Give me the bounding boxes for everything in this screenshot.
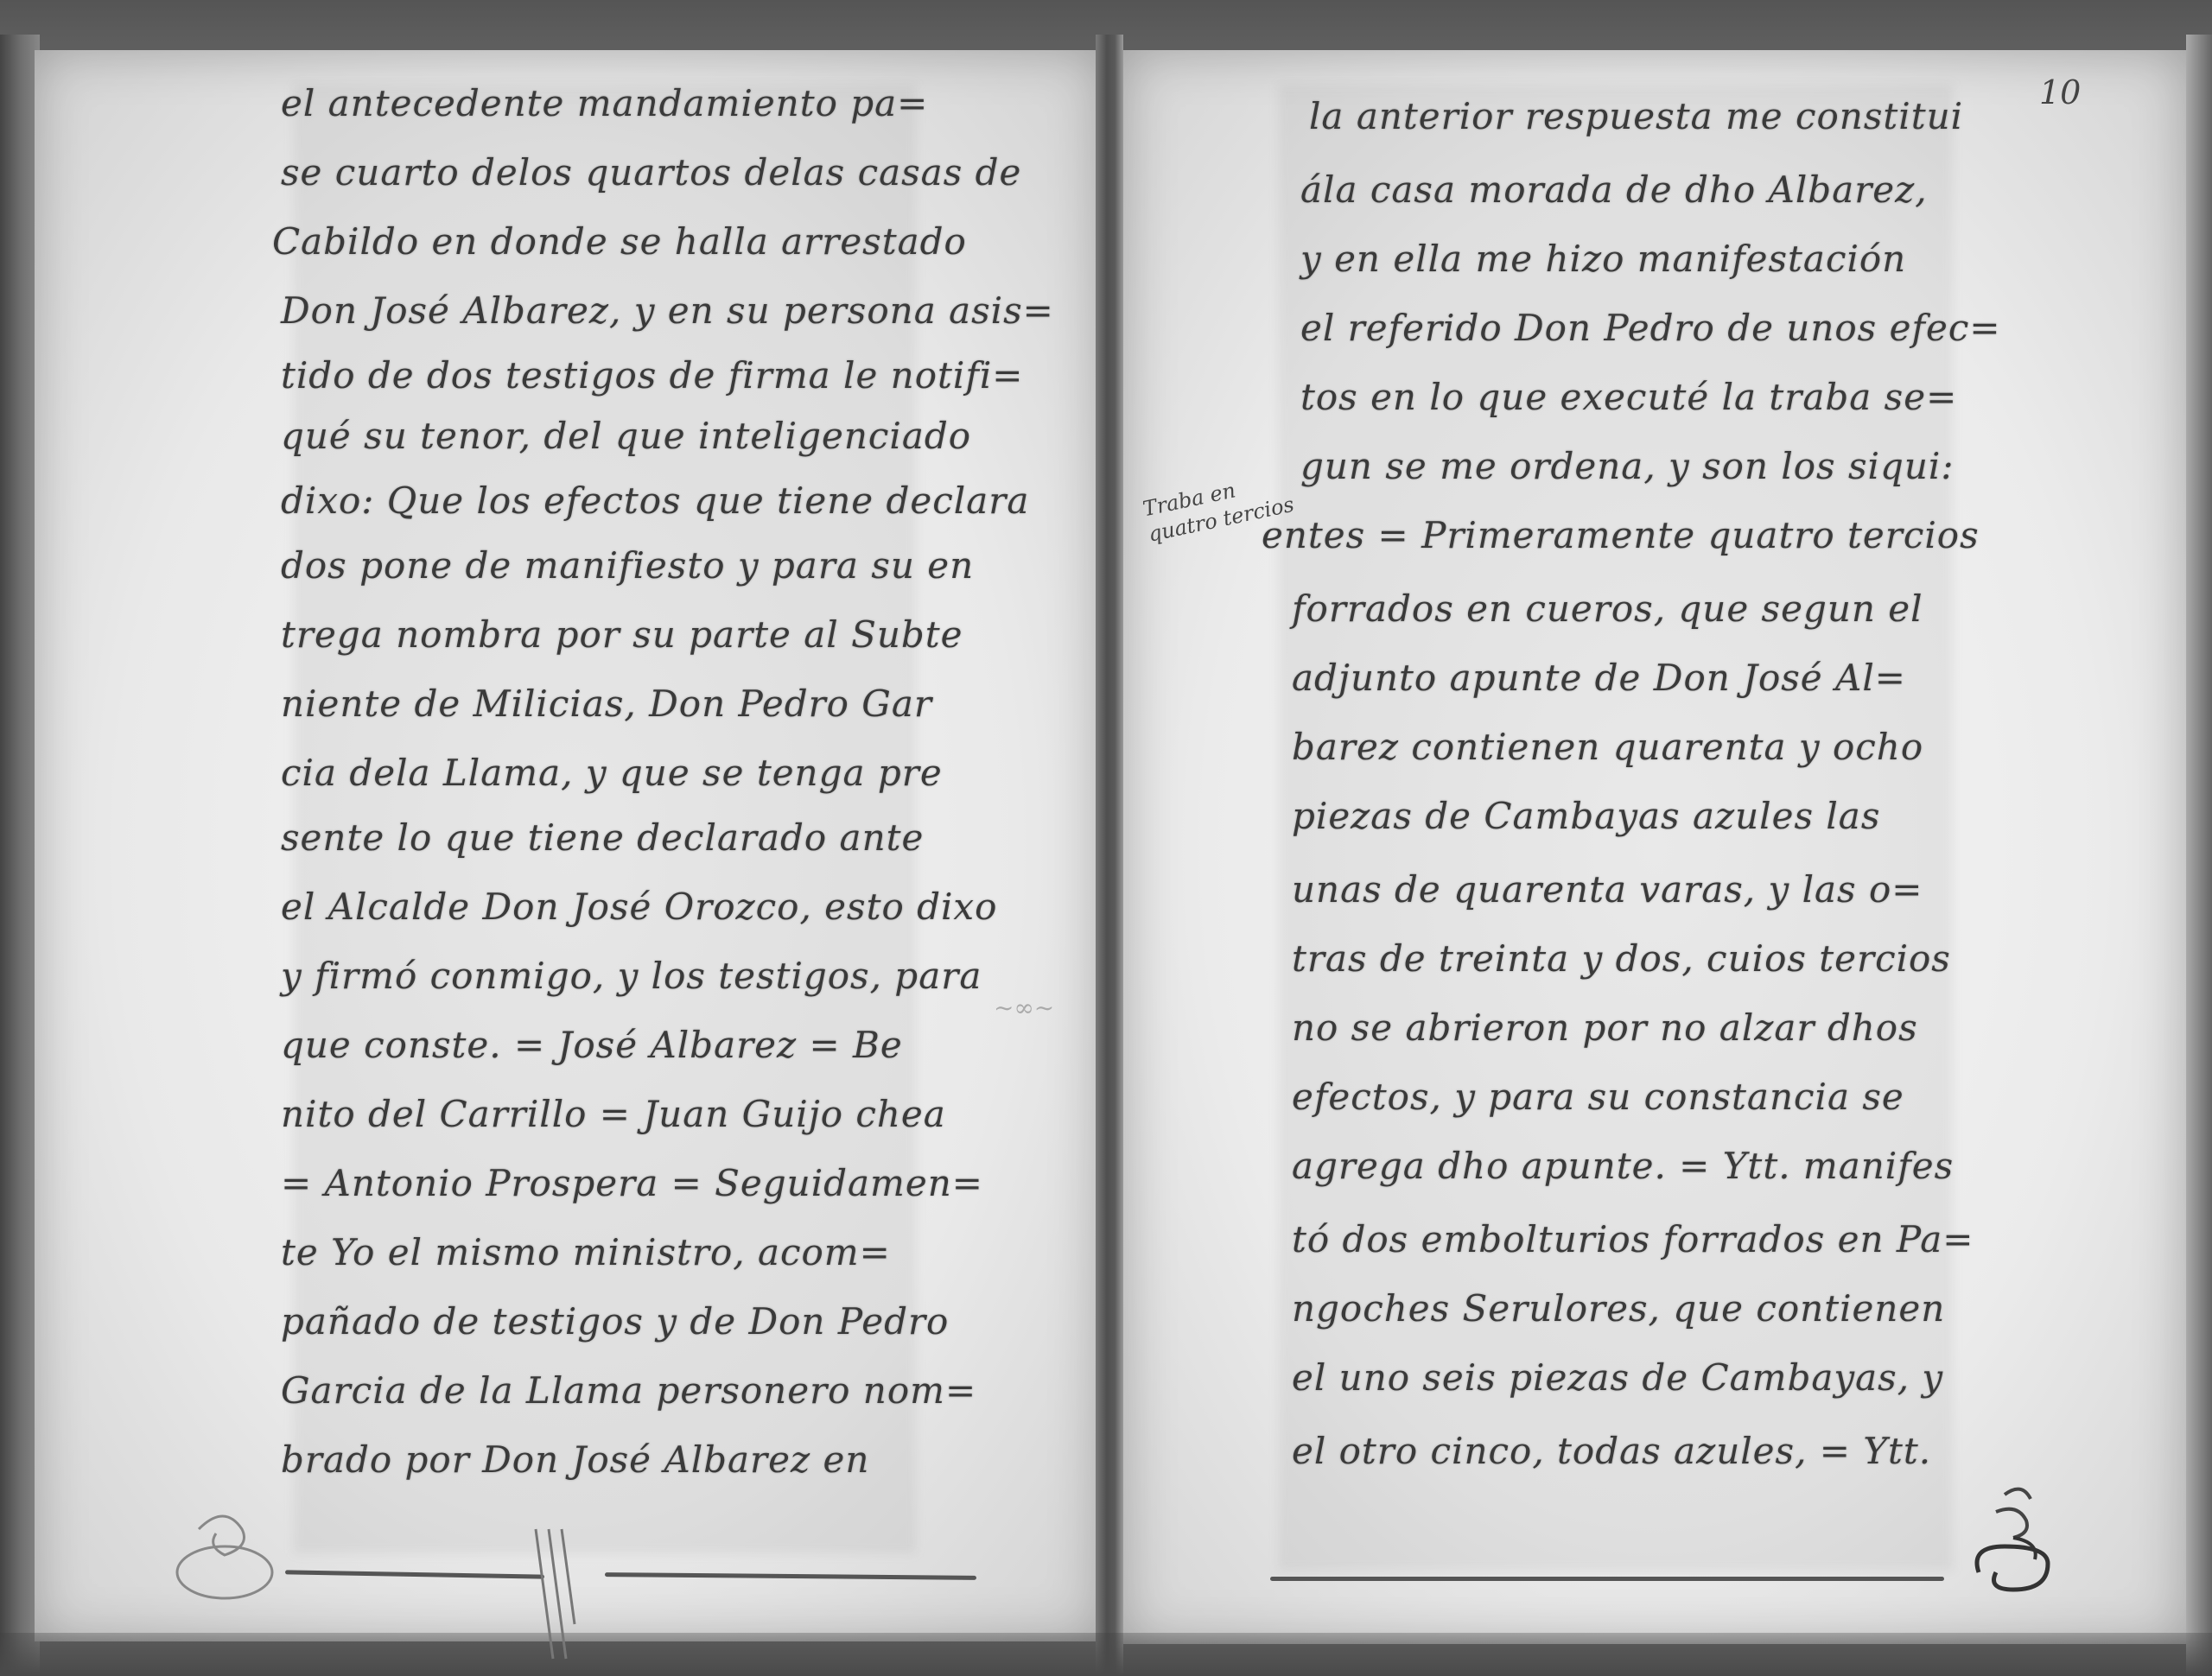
manuscript-line: dixo: Que los efectos que tiene declara <box>281 479 1029 522</box>
manuscript-line: la anterior respuesta me constitui <box>1309 95 1963 137</box>
page-gutter <box>1096 35 1123 1676</box>
manuscript-line: que conste. = José Albarez = Be <box>281 1024 903 1066</box>
manuscript-line: agrega dho apunte. = Ytt. manifes <box>1292 1145 1954 1187</box>
manuscript-line: el uno seis piezas de Cambayas, y <box>1292 1356 1943 1399</box>
manuscript-line: el antecedente mandamiento pa= <box>281 82 928 124</box>
rubric-flourish-icon <box>164 1495 285 1607</box>
manuscript-line: no se abrieron por no alzar dhos <box>1292 1006 1918 1049</box>
manuscript-line: barez contienen quarenta y ocho <box>1292 726 1923 768</box>
numeral-mark-icon <box>527 1520 588 1667</box>
manuscript-line: entes = Primeramente quatro tercios <box>1262 514 1980 556</box>
manuscript-line: Garcia de la Llama personero nom= <box>281 1369 976 1412</box>
faded-margin-mark: ∼∞∼ <box>994 994 1054 1022</box>
manuscript-line: el referido Don Pedro de unos efec= <box>1300 307 2001 349</box>
manuscript-line: ngoches Serulores, que contienen <box>1292 1287 1945 1330</box>
manuscript-line: tó dos embolturios forrados en Pa= <box>1292 1218 1974 1260</box>
manuscript-line: sente lo que tiene declarado ante <box>281 816 924 859</box>
right-page <box>1123 50 2186 1644</box>
manuscript-line: dos pone de manifiesto y para su en <box>281 544 974 587</box>
manuscript-line: el Alcalde Don José Orozco, esto dixo <box>281 886 997 928</box>
folio-number: 10 <box>2039 73 2081 111</box>
manuscript-line: = Antonio Prospera = Seguidamen= <box>281 1162 983 1204</box>
manuscript-line: el otro cinco, todas azules, = Ytt. <box>1292 1430 1931 1472</box>
rubric-flourish-icon <box>1953 1477 2082 1607</box>
manuscript-line: adjunto apunte de Don José Al= <box>1292 657 1906 699</box>
manuscript-line: ála casa morada de dho Albarez, <box>1300 168 1928 211</box>
manuscript-line: tido de dos testigos de firma le notifi= <box>281 354 1024 397</box>
manuscript-line: tos en lo que executé la traba se= <box>1300 376 1957 418</box>
manuscript-line: se cuarto delos quartos delas casas de <box>281 151 1021 194</box>
manuscript-line: gun se me ordena, y son los siqui: <box>1300 445 1954 487</box>
manuscript-line: nito del Carrillo = Juan Guijo chea <box>281 1093 946 1135</box>
manuscript-line: Don José Albarez, y en su persona asis= <box>281 289 1054 332</box>
manuscript-line: brado por Don José Albarez en <box>281 1438 869 1481</box>
manuscript-line: pañado de testigos y de Don Pedro <box>281 1300 949 1343</box>
manuscript-line: niente de Milicias, Don Pedro Gar <box>281 682 932 725</box>
manuscript-line: forrados en cueros, que segun el <box>1292 587 1923 630</box>
manuscript-line: cia dela Llama, y que se tenga pre <box>281 752 943 794</box>
manuscript-line: piezas de Cambayas azules las <box>1292 795 1880 837</box>
manuscript-line: tras de treinta y dos, cuios tercios <box>1292 937 1951 980</box>
manuscript-line: trega nombra por su parte al Subte <box>281 613 963 656</box>
manuscript-line: te Yo el mismo ministro, acom= <box>281 1231 891 1273</box>
closing-rule-line <box>1270 1577 1944 1581</box>
manuscript-line: Cabildo en donde se halla arrestado <box>272 220 967 263</box>
manuscript-line: qué su tenor, del que inteligenciado <box>281 415 971 457</box>
manuscript-line: efectos, y para su constancia se <box>1292 1076 1904 1118</box>
page-edge-right <box>2186 35 2212 1676</box>
scan-bottom-shadow <box>0 1633 2212 1676</box>
manuscript-line: unas de quarenta varas, y las o= <box>1292 868 1923 911</box>
manuscript-line: y en ella me hizo manifestación <box>1300 238 1906 280</box>
manuscript-line: y firmó conmigo, y los testigos, para <box>281 955 982 997</box>
